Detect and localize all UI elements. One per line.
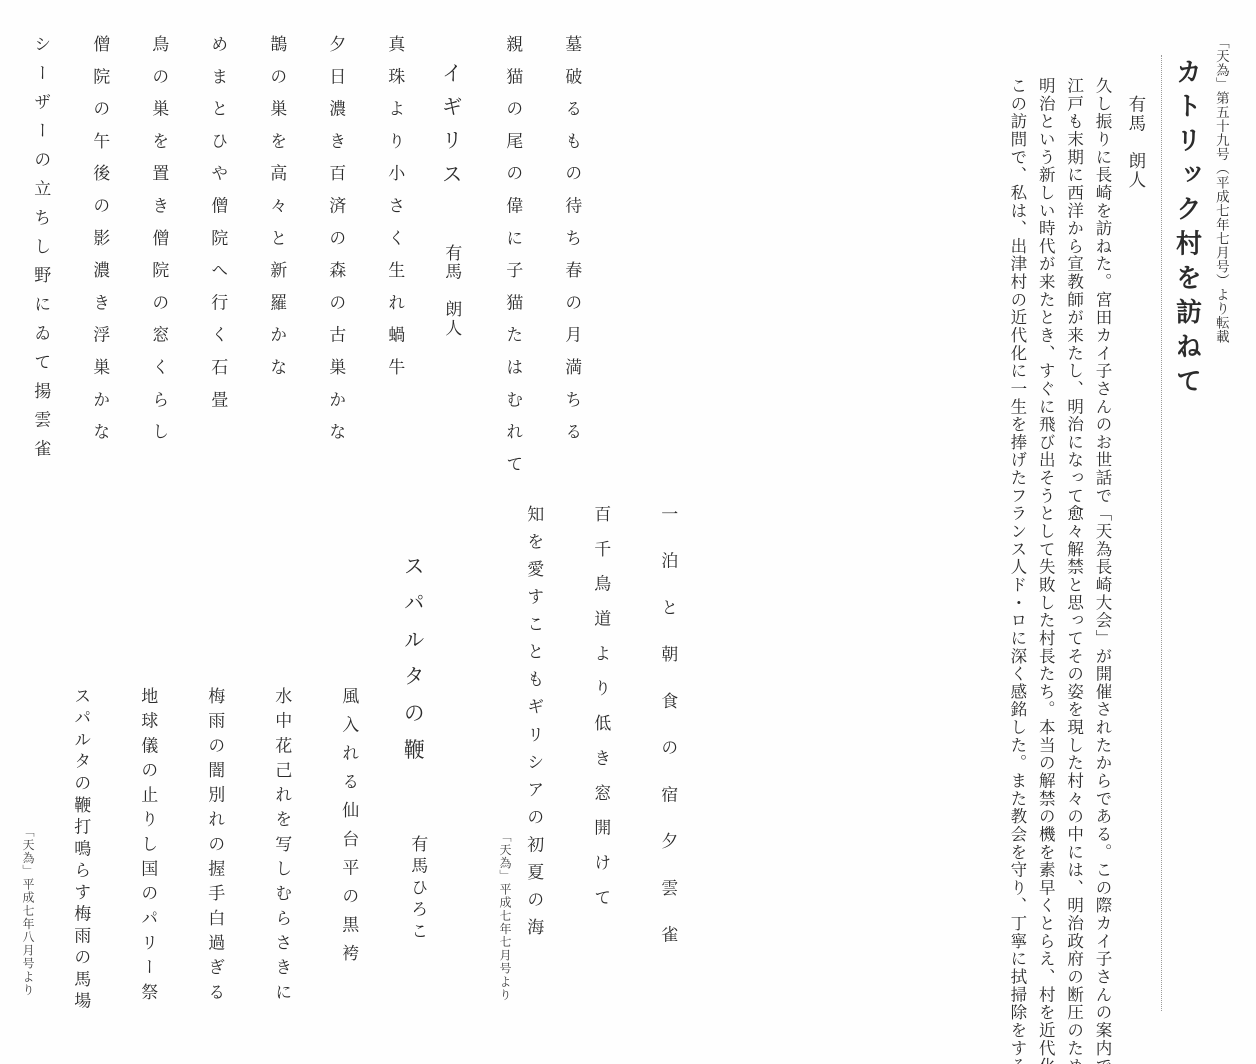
section-title: イギリス: [439, 62, 463, 196]
haiku-column: 百千鳥道より低き窓開けて: [589, 505, 610, 923]
scanned-document-page: 「天為」第五十九号（平成七年七月号）より転載 カトリック村を訪ねて 有馬 朗人 …: [0, 0, 1256, 1064]
haiku-column: 僧院の午後の影濃き浮巣かな: [88, 35, 109, 455]
essay-paragraph: 明治という新しい時代が来たとき、すぐに飛び出そうとして失敗した村長たち。本当の解…: [1031, 60, 1059, 1012]
haiku-column: 梅雨の闇別れの握手白過ぎる: [203, 687, 224, 1007]
haiku-column: 真珠より小さく生れ蝸牛: [383, 35, 404, 390]
haiku-column: シーザーの立ちし野にゐて揚雲雀: [29, 35, 50, 469]
haiku-column: 一泊と朝食の宿夕雲雀: [656, 505, 677, 973]
dotted-divider: [1161, 55, 1162, 1011]
section-heading-england: イギリス有馬 朗人: [438, 62, 464, 338]
haiku-column: 地球儀の止りし国のパリー祭: [136, 687, 157, 1007]
haiku-column: 風入れる仙台平の黒袴: [337, 687, 358, 973]
page-title: カトリック村を訪ねて: [1170, 58, 1203, 401]
haiku-column: 墓破るもの待ち春の月満ちる: [560, 35, 581, 455]
source-note-sparta: 「天為」平成七年八月号より: [20, 825, 35, 997]
haiku-column: めまとひや僧院へ行く石畳: [206, 35, 227, 423]
section-heading-sparta: スパルタの鞭: [400, 555, 426, 776]
source-note-england: 「天為」平成七年七月号より: [497, 830, 512, 1002]
haiku-column: スパルタの鞭打鳴らす梅雨の馬場: [69, 687, 90, 1013]
haiku-column: 鵲の巣を高々と新羅かな: [265, 35, 286, 390]
essay-body: 久し振りに長崎を訪ねた。宮田カイ子さんのお世話で「天為長崎大会」が開催されたから…: [1003, 60, 1117, 1012]
essay-paragraph: 江戸も末期に西洋から宣教師が来たし、明治になって愈々解禁と思ってその姿を現した村…: [1059, 60, 1087, 1012]
haiku-column: 水中花己れを写しむらさきに: [270, 687, 291, 1007]
haiku-column: 親猫の尾の偉に子猫たはむれて: [501, 35, 522, 487]
haiku-column: 知を愛すこともギリシアの初夏の海: [522, 505, 543, 946]
section-author: 有馬 朗人: [441, 244, 461, 338]
essay-author: 有馬 朗人: [1124, 95, 1146, 190]
haiku-column: 夕日濃き百済の森の古巣かな: [324, 35, 345, 455]
essay-paragraph: この訪問で、私は、出津村の近代化に一生を捧げたフランス人ド・ロに深く感銘した。ま…: [1003, 60, 1031, 1012]
section-author: 有馬ひろこ: [406, 835, 427, 944]
haiku-column: 鳥の巣を置き僧院の窓くらし: [147, 35, 168, 455]
essay-paragraph: 久し振りに長崎を訪ねた。宮田カイ子さんのお世話で「天為長崎大会」が開催されたから…: [1088, 60, 1116, 1012]
reprint-note: 「天為」第五十九号（平成七年七月号）より転載: [1212, 35, 1229, 344]
